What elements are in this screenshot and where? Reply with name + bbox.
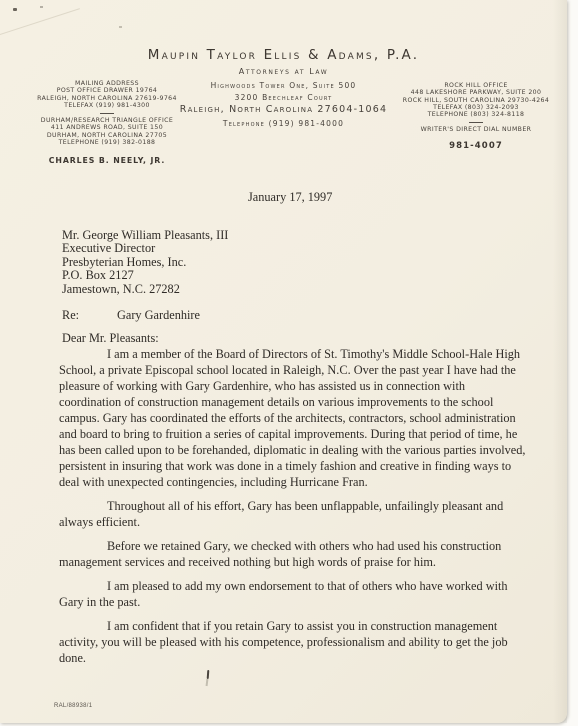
mailing-telefax-line: Telefax (919) 981-4300 [14, 102, 200, 109]
firm-tagline: Attorneys at Law [0, 67, 567, 76]
rock-hill-phone-line: Telephone (803) 324-8118 [382, 111, 570, 118]
scanned-letter-page: Maupin Taylor Ellis & Adams, P.A. Attorn… [0, 0, 578, 726]
paragraph: I am a member of the Board of Directors … [59, 346, 529, 490]
paragraph: I am pleased to add my own endorsement t… [59, 578, 529, 610]
document-reference-code: RAL/88938/1 [54, 703, 92, 709]
scan-artifact-crease [0, 8, 80, 37]
durham-office-line: Durham, North Carolina 27705 [14, 132, 200, 139]
recipient-city: Jamestown, N.C. 27282 [62, 283, 228, 296]
letterhead-right-column: Rock Hill Office 448 Lakeshore Parkway, … [382, 82, 570, 150]
recipient-organization: Presbyterian Homes, Inc. [62, 256, 228, 269]
firm-name: Maupin Taylor Ellis & Adams, P.A. [0, 47, 567, 63]
rock-hill-office-heading: Rock Hill Office [382, 82, 570, 89]
mailing-address-line: Post Office Drawer 19764 [14, 87, 200, 94]
letter-paper: Maupin Taylor Ellis & Adams, P.A. Attorn… [0, 0, 567, 723]
letter-date: January 17, 1997 [248, 190, 332, 205]
durham-office-line: 411 Andrews Road, Suite 150 [14, 124, 200, 131]
re-line: Re: Gary Gardenhire [62, 308, 79, 323]
recipient-po-box: P.O. Box 2127 [62, 269, 228, 282]
letter-body: I am a member of the Board of Directors … [59, 346, 529, 674]
scan-artifact-speck [119, 26, 122, 28]
rock-hill-telefax-line: Telefax (803) 324-2093 [382, 104, 570, 111]
recipient-name: Mr. George William Pleasants, III [62, 229, 228, 242]
durham-phone-line: Telephone (919) 382-0188 [14, 139, 200, 146]
letterhead-left-column: Mailing Address Post Office Drawer 19764… [14, 80, 200, 165]
recipient-address-block: Mr. George William Pleasants, III Execut… [62, 229, 228, 296]
paragraph: Before we retained Gary, we checked with… [59, 538, 529, 570]
salutation: Dear Mr. Pleasants: [62, 331, 159, 346]
durham-office-heading: Durham/Research Triangle Office [14, 117, 200, 124]
mailing-address-line: Raleigh, North Carolina 27619-9764 [14, 95, 200, 102]
scan-artifact-speck [13, 8, 17, 11]
re-label: Re: [62, 308, 79, 322]
scan-artifact-speck [40, 6, 43, 8]
divider [469, 122, 483, 123]
rock-hill-office-line: Rock Hill, South Carolina 29730-4264 [382, 97, 570, 104]
divider [100, 113, 114, 114]
mailing-address-heading: Mailing Address [14, 80, 200, 87]
recipient-title: Executive Director [62, 242, 228, 255]
paragraph: Throughout all of his effort, Gary has b… [59, 498, 529, 530]
attorney-name: Charles B. Neely, Jr. [14, 157, 200, 164]
paragraph: I am confident that if you retain Gary t… [59, 618, 529, 666]
re-subject: Gary Gardenhire [117, 308, 200, 323]
rock-hill-office-line: 448 Lakeshore Parkway, Suite 200 [382, 89, 570, 96]
scan-artifact-stray-mark-tail [206, 679, 208, 686]
direct-dial-number: 981-4007 [382, 143, 570, 150]
direct-dial-label: Writer's Direct Dial Number [382, 126, 570, 133]
